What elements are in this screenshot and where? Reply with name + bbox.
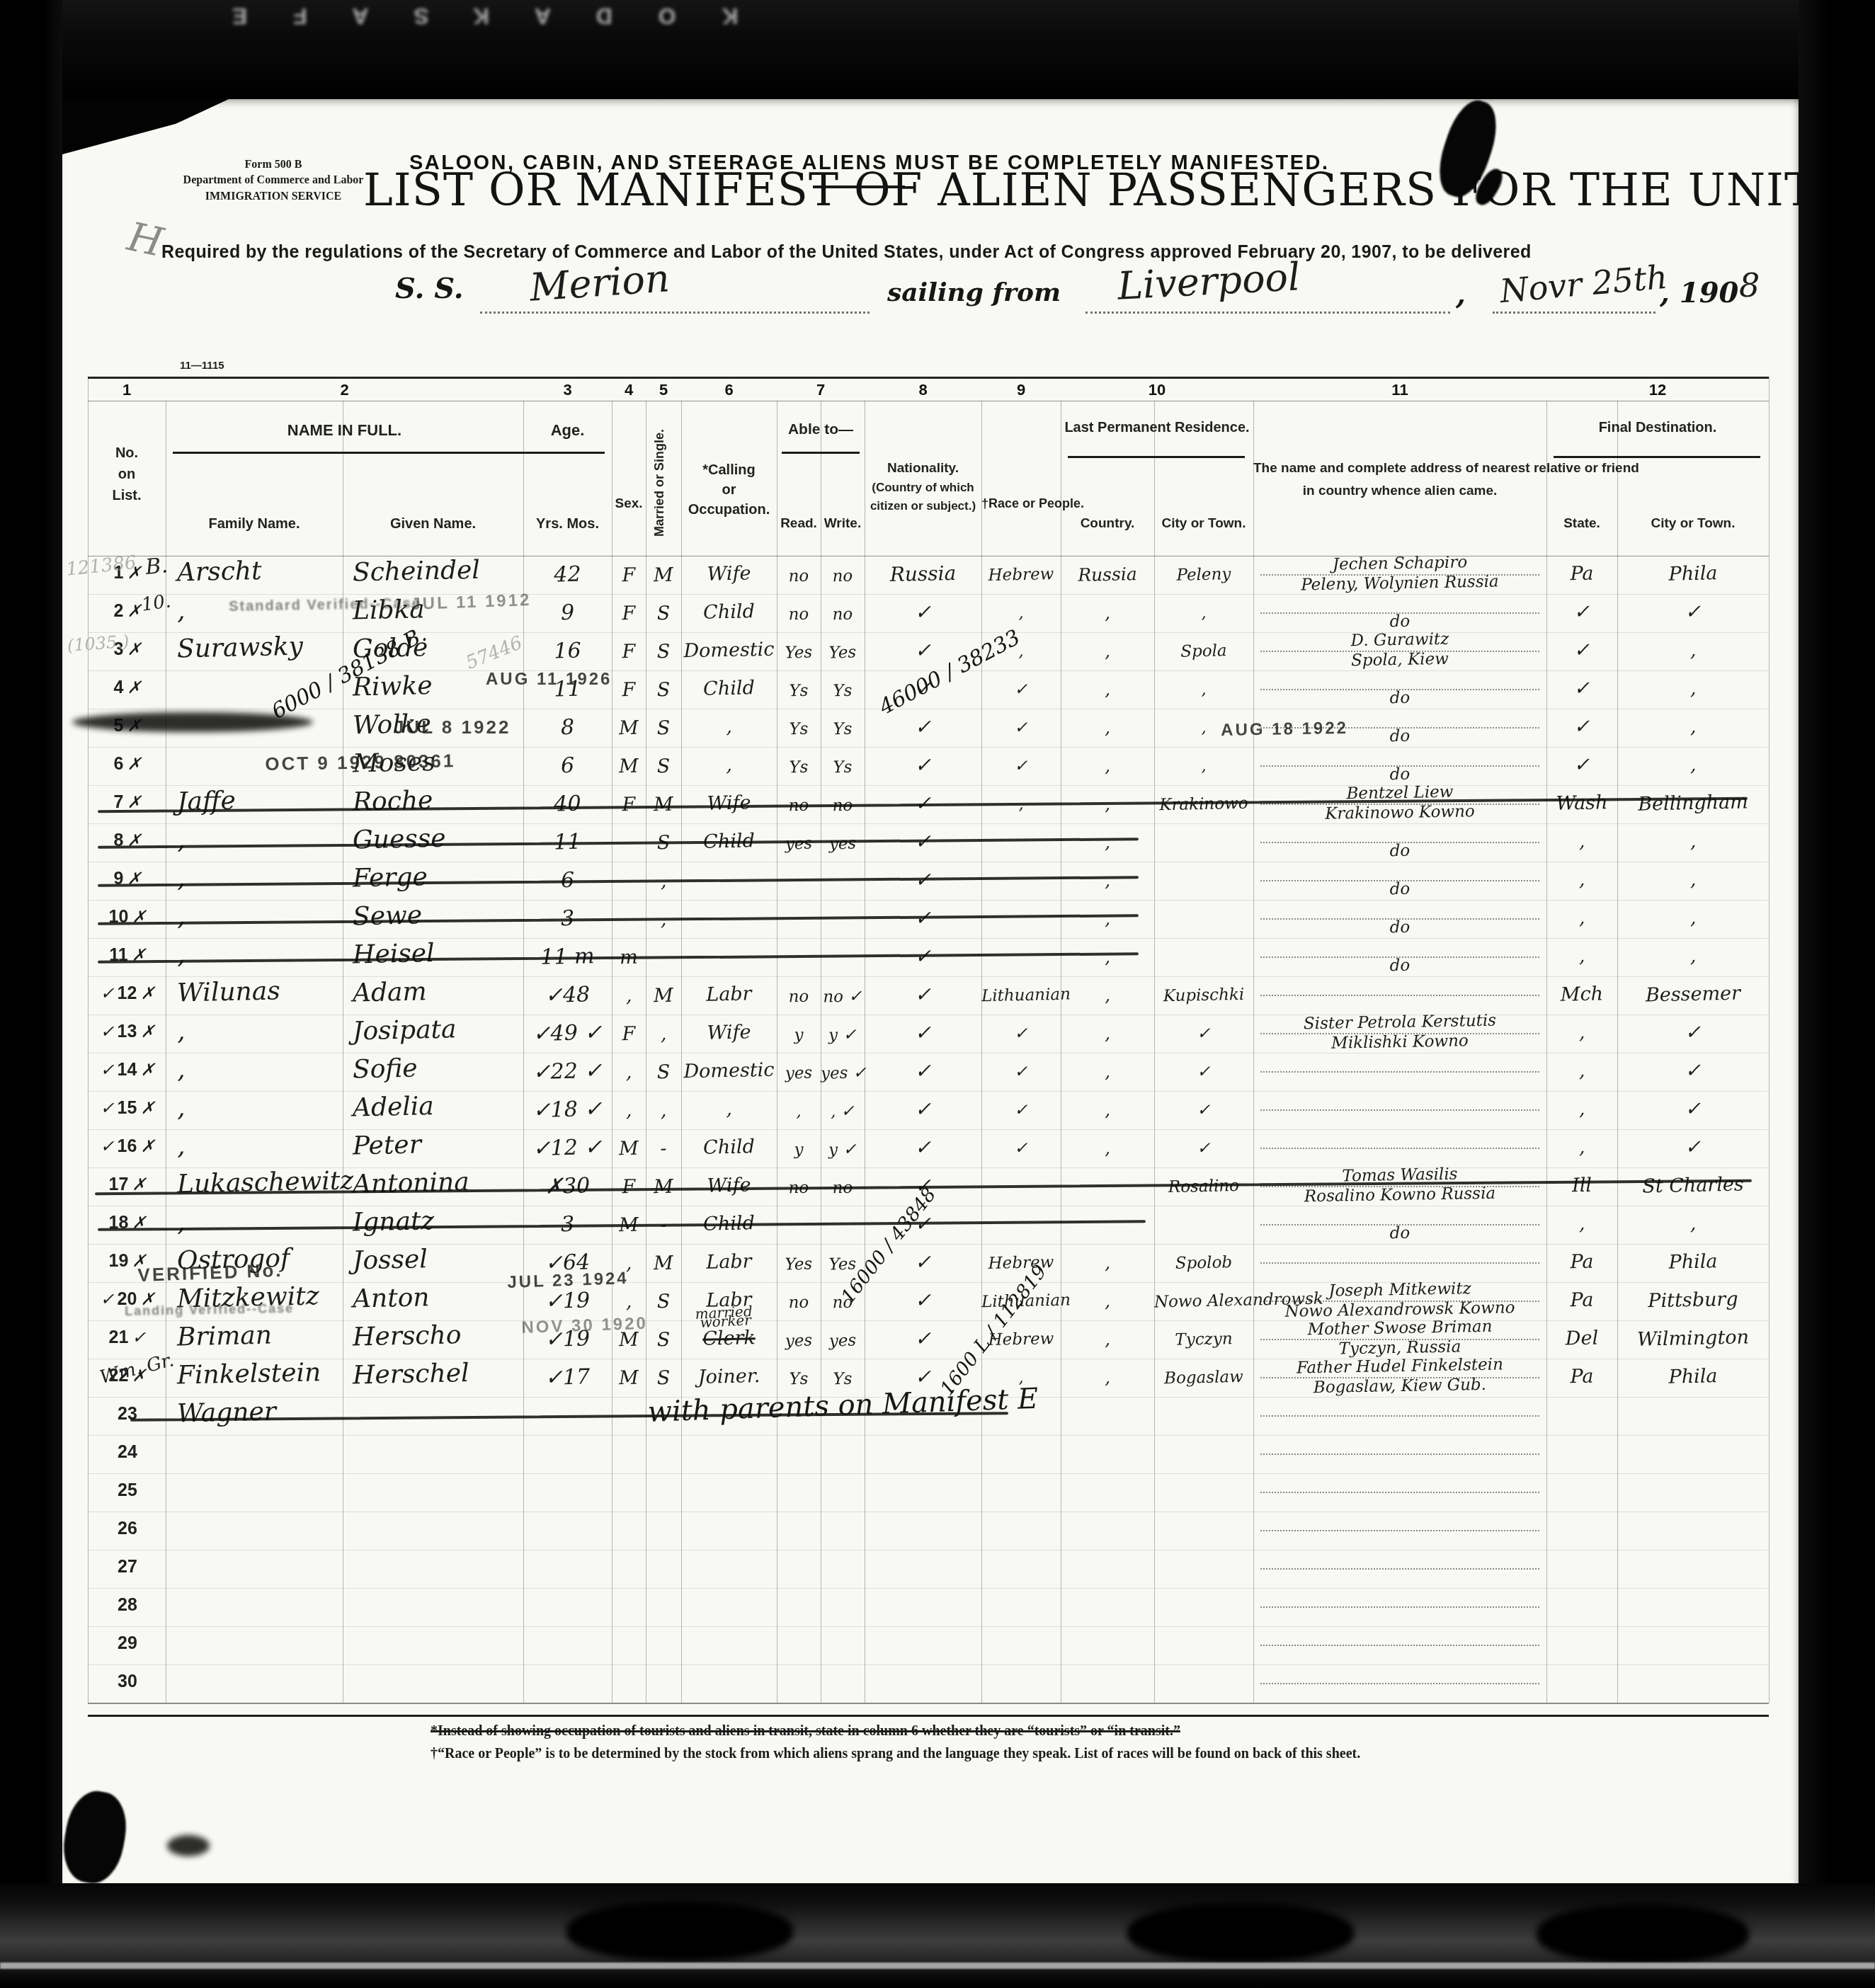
cell-ms: M xyxy=(646,565,682,585)
table-row: 7✗JaffeRoche40FMWifenono✓,,KrakinowoWash… xyxy=(88,785,1769,824)
header-no: No. xyxy=(88,445,166,462)
margin-annotation: H xyxy=(123,214,166,266)
cell-relative-name: Sister Petrola Kerstutis xyxy=(1260,1012,1539,1034)
header-relative-line1: The name and complete address of nearest… xyxy=(1253,460,1546,477)
check-mark: ✓ xyxy=(100,1136,114,1156)
footnote-race: †“Race or People” is to be determined by… xyxy=(431,1746,1360,1762)
cell-no: ✓14✗ xyxy=(92,1061,163,1079)
x-mark: ✗ xyxy=(127,678,141,697)
table-row: 28 xyxy=(88,1588,1769,1627)
cell-write: , ✓ xyxy=(821,1103,865,1120)
subtitle: Required by the regulations of the Secre… xyxy=(161,242,1532,263)
column-number: 7 xyxy=(777,381,865,398)
cell-age: ✓22 ✓ xyxy=(523,1061,612,1084)
x-mark: ✗ xyxy=(127,754,141,774)
header-calling: or xyxy=(681,481,777,499)
cell-state: Pa xyxy=(1546,1290,1618,1310)
row-number: 30 xyxy=(118,1672,137,1691)
cell-given: Heisel xyxy=(353,939,520,969)
cell-family: Wilunas xyxy=(177,978,341,1007)
cell-calling: , xyxy=(681,1099,777,1120)
cell-country: , xyxy=(1061,1138,1154,1158)
relative-dotted-line xyxy=(1260,1415,1539,1417)
cell-given: Josipata xyxy=(353,1016,520,1045)
cell-read: Ys xyxy=(777,1371,821,1388)
header-sex: Sex. xyxy=(612,496,646,513)
cell-relative-address: do xyxy=(1260,956,1539,977)
cell-calling: Wife xyxy=(681,564,777,585)
cell-calling: Domestic xyxy=(681,640,777,661)
header-name-in-full: NAME IN FULL. xyxy=(166,421,523,440)
cell-sex: M xyxy=(612,1369,646,1388)
header-nationality: citizen or subject.) xyxy=(865,498,981,513)
cell-country: , xyxy=(1061,871,1154,891)
header-country: Country. xyxy=(1061,515,1154,532)
cell-sex: , xyxy=(612,1101,646,1121)
cell-relative-name: Mother Swose Briman xyxy=(1260,1318,1539,1339)
cell-race: ✓ xyxy=(981,1102,1061,1119)
x-mark: ✗ xyxy=(140,1098,154,1118)
header-relative-line2: in country whence alien came. xyxy=(1253,483,1546,500)
cell-calling: Joiner. xyxy=(681,1366,777,1388)
relative-dotted-line xyxy=(1260,1606,1539,1608)
relative-dotted-line xyxy=(1260,1148,1539,1149)
cell-write: yes xyxy=(821,835,865,852)
cell-age: 16 xyxy=(523,640,612,663)
cell-relative-address: do xyxy=(1260,765,1539,786)
cell-read: y xyxy=(777,1141,821,1158)
film-edge-left xyxy=(0,0,62,1988)
cell-given: Scheindel xyxy=(353,557,520,586)
cell-ms: S xyxy=(646,1330,682,1349)
cell-ms: M xyxy=(646,794,682,814)
table-row: ✓12✗WilunasAdam✓48,MLabrnono ✓✓Lithuania… xyxy=(88,976,1769,1015)
cell-age: 6 xyxy=(523,755,612,778)
cell-state: Pa xyxy=(1546,564,1618,584)
cell-ms: S xyxy=(646,718,682,738)
relative-dotted-line xyxy=(1260,1453,1539,1455)
relative-dotted-line xyxy=(1260,1683,1539,1684)
film-sprocket-shadow xyxy=(566,1902,793,1961)
smudge xyxy=(72,712,313,732)
header-read: Read. xyxy=(777,515,821,532)
cell-race: ✓ xyxy=(981,1063,1061,1081)
check-mark: ✓ xyxy=(100,1060,114,1080)
cell-no: 30 xyxy=(92,1673,163,1691)
table-row: 9✗,Ferge6,✓,,,do xyxy=(88,862,1769,901)
cell-ms: S xyxy=(646,1291,682,1311)
cell-country: , xyxy=(1061,641,1154,661)
x-mark: ✗ xyxy=(140,1136,154,1156)
cell-read: no xyxy=(777,1294,821,1311)
cell-dest: Wilmington xyxy=(1617,1327,1769,1349)
cell-race: ✓ xyxy=(981,1025,1061,1043)
row-number: 2 xyxy=(113,601,123,621)
ship-name-underline xyxy=(480,312,870,314)
cell-city: Kupischki xyxy=(1154,987,1253,1005)
cell-sex: , xyxy=(612,1292,646,1312)
header-city-or-town: City or Town. xyxy=(1154,515,1253,532)
cell-city: ✓ xyxy=(1154,1140,1253,1158)
cell-city: Nowo Alexandrowsk xyxy=(1154,1293,1253,1311)
cell-no: 7✗ xyxy=(92,794,163,811)
cell-sex: M xyxy=(612,719,646,738)
cell-dest: Phila xyxy=(1617,1251,1769,1273)
cell-ms: S xyxy=(646,756,682,776)
cell-ms: M xyxy=(646,1177,682,1196)
column-number: 8 xyxy=(865,381,981,398)
cell-given: Peter xyxy=(353,1131,520,1160)
cell-write: Ys xyxy=(821,721,865,738)
cell-age: 9 xyxy=(523,602,612,625)
cell-no: ✓13✗ xyxy=(92,1023,163,1041)
cell-dest: , xyxy=(1617,945,1769,967)
cell-state: ✓ xyxy=(1546,602,1618,622)
cell-no: 28 xyxy=(92,1596,163,1614)
cell-nat: ✓ xyxy=(865,601,982,623)
cell-age: 42 xyxy=(523,564,612,587)
cell-state: ✓ xyxy=(1546,716,1618,737)
cell-city: ✓ xyxy=(1154,1025,1253,1044)
cell-country: , xyxy=(1061,833,1154,852)
cell-city: Peleny xyxy=(1154,566,1253,585)
table-row: 26 xyxy=(88,1512,1769,1550)
cell-write: Ys xyxy=(821,682,865,699)
cell-no: 24 xyxy=(92,1444,163,1461)
cell-dest: Pittsburg xyxy=(1617,1289,1769,1311)
table-number-rule xyxy=(88,401,1769,401)
cell-age: 40 xyxy=(523,793,612,816)
table-row: ✓15✗,Adelia✓18 ✓,,,,, ✓✓✓,✓,✓ xyxy=(88,1091,1769,1130)
cell-sex: F xyxy=(612,566,646,585)
row-number: 26 xyxy=(118,1519,137,1538)
cell-calling: , xyxy=(681,755,777,776)
cell-relative-address: do xyxy=(1260,612,1539,633)
cell-sex: , xyxy=(612,986,646,1006)
cell-nat: ✓ xyxy=(865,1289,982,1311)
column-number: 2 xyxy=(166,381,523,398)
header-name-rule xyxy=(173,452,605,454)
cell-state: Mch xyxy=(1546,984,1618,1005)
cell-dest: ✓ xyxy=(1617,1136,1769,1158)
table-row: 8✗,Guesse11SChildyesyes✓,,,do xyxy=(88,823,1769,862)
cell-dest: Bessemer xyxy=(1617,983,1769,1005)
date-stamp: OCT 9 1929 80361 xyxy=(265,750,456,775)
cell-state: ✓ xyxy=(1546,678,1618,699)
cell-city: , xyxy=(1154,758,1253,776)
table-row: ✓14✗,Sofie✓22 ✓,SDomesticyesyes ✓✓✓,✓,✓ xyxy=(88,1053,1769,1092)
cell-sex: F xyxy=(612,795,646,815)
form-number: Form 500 B xyxy=(174,157,372,173)
column-number: 5 xyxy=(646,381,681,398)
date-stamp: JUL 11 1912 xyxy=(411,590,532,615)
cell-country: , xyxy=(1061,947,1154,967)
cell-city: Krakinowo xyxy=(1154,796,1253,814)
cell-no: 29 xyxy=(92,1635,163,1652)
header-calling: *Calling xyxy=(681,462,777,479)
header-state: State. xyxy=(1546,515,1617,532)
column-number: 6 xyxy=(681,381,777,398)
cell-relative-address: Nowo Alexandrowsk Kowno xyxy=(1260,1300,1539,1321)
header-given-name: Given Name. xyxy=(343,515,523,533)
cell-nat: Russia xyxy=(865,563,982,585)
cell-calling: Child xyxy=(681,1137,777,1158)
department-name: Department of Commerce and Labor xyxy=(174,173,372,188)
table-row: 29 xyxy=(88,1626,1769,1665)
cell-state: , xyxy=(1546,1099,1618,1119)
cell-write: y ✓ xyxy=(821,1027,865,1044)
cell-read: Yes xyxy=(777,1256,821,1273)
cell-calling: , xyxy=(681,716,777,738)
date-stamp: Standard Verified--Case xyxy=(229,595,421,615)
cell-state: , xyxy=(1546,1061,1618,1081)
cell-nat: ✓ xyxy=(865,983,982,1005)
cell-dest: , xyxy=(1617,639,1769,661)
row-number: 19 xyxy=(109,1251,129,1271)
x-mark: ✗ xyxy=(140,983,154,1003)
cell-dest: ✓ xyxy=(1617,1098,1769,1120)
cell-relative-name: Father Hudel Finkelstein xyxy=(1260,1356,1539,1378)
cell-calling: Clerk xyxy=(681,1328,777,1349)
cell-age: 8 xyxy=(523,716,612,740)
cell-given: Adam xyxy=(353,978,520,1007)
cell-write: no xyxy=(821,606,865,623)
cell-calling: Child xyxy=(681,678,777,699)
cell-country: , xyxy=(1061,1330,1154,1349)
row-number: 7 xyxy=(113,792,123,812)
cell-race: Hebrew xyxy=(981,1255,1061,1272)
cell-dest: , xyxy=(1617,869,1769,891)
relative-dotted-line xyxy=(1260,1530,1539,1531)
cell-read: Ys xyxy=(777,759,821,776)
cell-city: ✓ xyxy=(1154,1063,1253,1082)
row-number: 17 xyxy=(109,1175,129,1194)
cell-country: , xyxy=(1061,1062,1154,1082)
cell-relative-address: do xyxy=(1260,879,1539,901)
cell-dest: , xyxy=(1617,678,1769,699)
film-light-band xyxy=(0,1963,1875,1969)
cell-race: , xyxy=(981,605,1061,622)
header-race-or-people: †Race or People. xyxy=(981,496,1061,512)
table-row: 1✗ArschtScheindel42FMWifenonoRussiaHebre… xyxy=(88,556,1769,595)
cell-state: , xyxy=(1546,1213,1618,1234)
cell-given: Herscho xyxy=(353,1322,520,1351)
cell-calling: Wife xyxy=(681,1022,777,1044)
header-final-rule xyxy=(1554,456,1760,458)
cell-read: Yes xyxy=(777,644,821,661)
cell-dest: Bellingham xyxy=(1617,792,1769,814)
x-mark: ✗ xyxy=(140,1022,154,1041)
table-row: ✓13✗,Josipata✓49 ✓F,Wifeyy ✓✓✓,✓,✓Sister… xyxy=(88,1015,1769,1053)
column-number: 4 xyxy=(612,381,646,398)
cell-no: ✓12✗ xyxy=(92,985,163,1002)
cell-state: ✓ xyxy=(1546,755,1618,775)
cell-age: ✓12 ✓ xyxy=(523,1137,612,1160)
date-stamp: AUG 11 1926 xyxy=(486,670,612,690)
table-row: 21✓BrimanHerscho✓19MSClerkyesyes✓Hebrew,… xyxy=(88,1320,1769,1359)
date-stamp: AUG 18 1922 xyxy=(1221,719,1348,741)
cell-write: yes ✓ xyxy=(821,1065,865,1082)
inkblob xyxy=(62,1787,132,1883)
form-id-block: Form 500 B Department of Commerce and La… xyxy=(174,157,372,205)
relative-dotted-line xyxy=(1260,1568,1539,1570)
cell-family: , xyxy=(177,1016,341,1045)
cell-relative-name: Joseph Mitkewitz xyxy=(1260,1280,1539,1301)
cell-country: , xyxy=(1061,1024,1154,1044)
cell-sex: M xyxy=(612,1139,646,1159)
cell-no: 4✗ xyxy=(92,679,163,697)
cell-family: Briman xyxy=(177,1322,341,1351)
cell-city: Spola xyxy=(1154,643,1253,661)
cell-write: y ✓ xyxy=(821,1141,865,1158)
cell-ms: S xyxy=(646,641,682,661)
cell-dest: St Charles xyxy=(1617,1175,1769,1196)
cell-nat: ✓ xyxy=(865,1136,982,1158)
row-number: 6 xyxy=(113,754,123,774)
check-mark: ✓ xyxy=(100,1098,114,1118)
cell-family: , xyxy=(177,939,341,969)
kodak-film-text: K O D A K xyxy=(453,3,739,29)
cell-no: 25 xyxy=(92,1482,163,1499)
cell-state: , xyxy=(1546,1022,1618,1043)
cell-calling: Domestic xyxy=(681,1061,777,1082)
row-number: 29 xyxy=(118,1633,137,1653)
ss-label: S. S. xyxy=(395,272,464,305)
cell-city: , xyxy=(1154,605,1253,623)
row-number: 4 xyxy=(113,678,123,697)
relative-dotted-line xyxy=(1260,1071,1539,1073)
cell-read: no xyxy=(777,988,821,1005)
cell-ms: , xyxy=(646,1024,682,1044)
cell-state: Pa xyxy=(1546,1252,1618,1272)
cell-no: 26 xyxy=(92,1520,163,1538)
date-stamp: JUL 8 1922 xyxy=(394,716,511,738)
row-number: 15 xyxy=(118,1098,137,1118)
header-able-to: Able to— xyxy=(777,421,865,439)
cell-dest: Phila xyxy=(1617,563,1769,585)
relative-dotted-line xyxy=(1260,1492,1539,1493)
cell-no: ✓15✗ xyxy=(92,1099,163,1117)
cell-nat: ✓ xyxy=(865,754,982,776)
cell-sex: F xyxy=(612,1024,646,1044)
header-last-permanent-residence: Last Permanent Residence. xyxy=(1061,419,1253,437)
header-calling: Occupation. xyxy=(681,501,777,519)
relative-dotted-line xyxy=(1260,995,1539,996)
cell-write: no ✓ xyxy=(821,988,865,1005)
port-underline xyxy=(1085,312,1450,314)
cell-relative-address: Spola, Kiew xyxy=(1260,650,1539,671)
cell-city: Spolob xyxy=(1154,1255,1253,1273)
margin-annotation: worker xyxy=(700,1311,751,1331)
cell-given: Jossel xyxy=(353,1245,520,1274)
row-number: 12 xyxy=(118,983,137,1003)
cell-country: Russia xyxy=(1061,565,1154,585)
cell-calling: Labr xyxy=(681,984,777,1005)
cell-country: , xyxy=(1061,680,1154,699)
cell-read: , xyxy=(777,1103,821,1120)
cell-country: , xyxy=(1061,986,1154,1005)
cell-sex: M xyxy=(612,757,646,777)
cell-race: ✓ xyxy=(981,719,1061,737)
cell-read: yes xyxy=(777,1065,821,1082)
cell-sex: , xyxy=(612,1063,646,1082)
row-number: 14 xyxy=(118,1060,137,1080)
cell-read: Ys xyxy=(777,721,821,738)
cell-write: Ys xyxy=(821,759,865,776)
comma-print: , xyxy=(1456,278,1466,311)
cell-relative-address: do xyxy=(1260,841,1539,862)
margin-annotation: 11—1115 xyxy=(180,360,224,372)
cell-country: , xyxy=(1061,603,1154,623)
film-sprocket-shadow xyxy=(1537,1904,1749,1964)
cell-relative-address: do xyxy=(1260,1223,1539,1245)
column-number: 3 xyxy=(523,381,612,398)
row-number: 24 xyxy=(118,1442,137,1462)
cell-state: Pa xyxy=(1546,1366,1618,1387)
cell-family: , xyxy=(177,901,341,930)
table-row: ✓20✗MitzkewitzAnton✓19,SLabrnono✓Lithuan… xyxy=(88,1282,1769,1321)
cell-age: ✗30 xyxy=(523,1175,612,1199)
cell-nat: ✓ xyxy=(865,716,982,738)
cell-state: Ill xyxy=(1546,1175,1618,1196)
header-family-name: Family Name. xyxy=(166,515,343,533)
relative-dotted-line xyxy=(1260,1109,1539,1111)
cell-city: ✓ xyxy=(1154,1102,1253,1120)
ship-name: Merion xyxy=(528,256,671,310)
cell-age: ✓19 xyxy=(523,1290,612,1313)
cell-race: Hebrew xyxy=(981,566,1061,584)
cell-given: Sewe xyxy=(353,901,520,930)
cell-relative-address: Krakinowo Kowno xyxy=(1260,803,1539,824)
cell-write: Yes xyxy=(821,644,865,661)
row-number: 28 xyxy=(118,1595,137,1615)
column-number: 11 xyxy=(1253,381,1546,398)
header-final-destination: Final Destination. xyxy=(1546,419,1769,437)
cell-dest: , xyxy=(1617,1213,1769,1235)
cell-state: , xyxy=(1546,946,1618,966)
header-nationality: (Country of which xyxy=(865,480,981,495)
cell-state: ✓ xyxy=(1546,640,1618,661)
cell-nat: ✓ xyxy=(865,1022,982,1044)
footer-rule xyxy=(88,1715,1769,1717)
check-mark: ✓ xyxy=(100,1022,114,1041)
cell-dest: , xyxy=(1617,716,1769,738)
cell-given: Ignatz xyxy=(353,1207,520,1236)
cell-state: , xyxy=(1546,831,1618,852)
cell-relative-address: Peleny, Wolynien Russia xyxy=(1260,573,1539,595)
cell-ms: S xyxy=(646,1368,682,1388)
cell-given: Herschel xyxy=(353,1360,520,1389)
row-number: 13 xyxy=(118,1022,137,1041)
cell-state: , xyxy=(1546,869,1618,890)
cell-city: Tyczyn xyxy=(1154,1331,1253,1349)
relative-dotted-line xyxy=(1260,1262,1539,1264)
cell-no: ✓16✗ xyxy=(92,1138,163,1155)
cell-ms: , xyxy=(646,1100,682,1120)
table-row: 5✗Wolke8MS,YsYs✓✓,,✓,do xyxy=(88,709,1769,748)
header-write: Write. xyxy=(821,515,865,532)
kodak-safety-text: S A F E xyxy=(212,3,429,29)
cell-read: no xyxy=(777,568,821,585)
row-number: 16 xyxy=(118,1136,137,1156)
cell-given: Roche xyxy=(353,787,520,816)
film-edge-right xyxy=(1799,0,1875,1988)
row-number: 21 xyxy=(109,1327,129,1347)
cell-age: ✓48 xyxy=(523,984,612,1007)
header-married-single: Married or Single. xyxy=(651,419,676,547)
cell-relative-address: Bogaslaw, Kiew Gub. xyxy=(1260,1376,1539,1398)
cell-nat: ✓ xyxy=(865,1060,982,1082)
